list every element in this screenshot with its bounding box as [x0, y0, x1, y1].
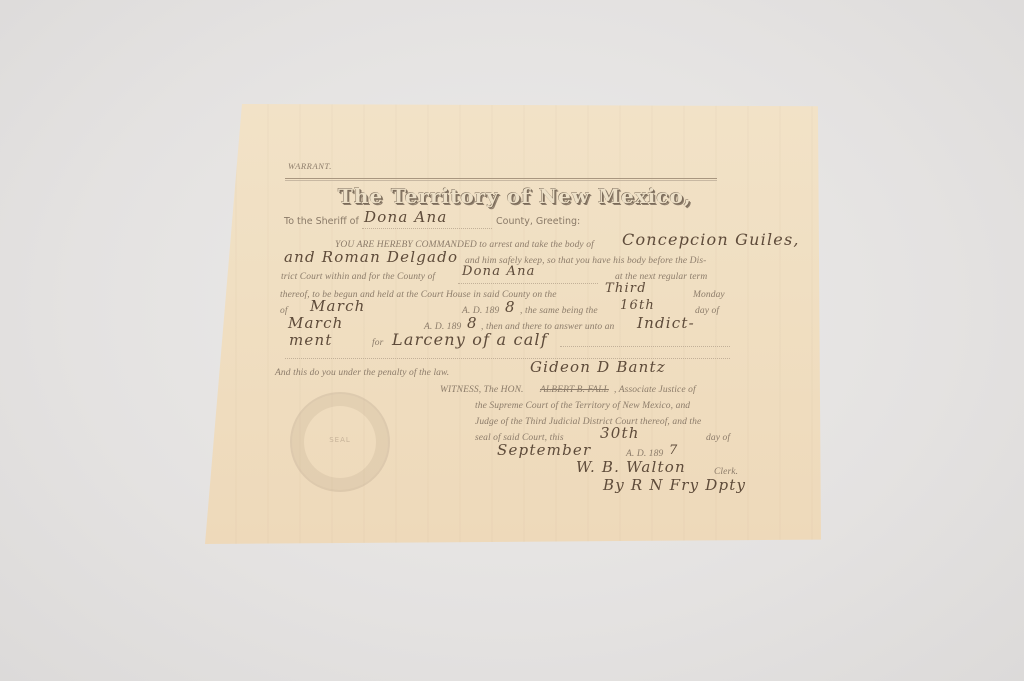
form-label: WARRANT.	[288, 161, 332, 171]
penalty-text: And this do you under the penalty of the…	[275, 368, 449, 378]
body-line-3a: trict Court within and for the County of	[281, 272, 435, 282]
struck-judge-name: ALBERT B. FALL	[540, 385, 609, 395]
handwritten-charge-1: Indict-	[637, 314, 695, 332]
witness-line-2: the Supreme Court of the Territory of Ne…	[475, 401, 690, 411]
handwritten-month-2: March	[288, 314, 344, 332]
greeting-prefix: To the Sheriff of	[284, 216, 359, 227]
witness-line-4b: day of	[706, 433, 730, 443]
witness-line-3: Judge of the Third Judicial District Cou…	[475, 417, 701, 427]
body-line-4b: Monday	[693, 290, 725, 300]
handwritten-seal-month: September	[497, 441, 591, 459]
handwritten-year-1: 8	[505, 298, 516, 316]
handwritten-county-2: Dona Ana	[462, 264, 536, 279]
witness-text-a: WITNESS, The HON.	[440, 385, 524, 395]
fill-line	[458, 283, 598, 284]
handwritten-county: Dona Ana	[364, 208, 447, 226]
handwritten-charge-3: Larceny of a calf	[392, 330, 548, 349]
handwritten-defendant-1: Concepcion Guiles,	[622, 230, 800, 249]
witness-text-b: , Associate Justice of	[614, 385, 696, 395]
seal-text: SEAL	[292, 436, 388, 444]
handwritten-seal-day: 30th	[600, 424, 640, 442]
fill-line	[560, 346, 730, 347]
handwritten-seal-year: 7	[669, 443, 678, 458]
body-line-5d: day of	[695, 306, 719, 316]
body-line-5a: of	[280, 306, 288, 316]
handwritten-defendant-2: and Roman Delgado	[284, 248, 458, 266]
court-seal-emboss: SEAL	[290, 392, 390, 492]
body-line-5c: , the same being the	[520, 306, 598, 316]
handwritten-day-1: 16th	[620, 298, 655, 313]
body-line-7: for	[372, 338, 383, 348]
document-title: The Territory of New Mexico,	[338, 184, 692, 208]
handwritten-month-1: March	[310, 297, 366, 315]
greeting-suffix: County, Greeting:	[496, 216, 580, 227]
clerk-signature: W. B. Walton	[576, 458, 686, 476]
fill-line	[362, 228, 492, 229]
deputy-signature: By R N Fry Dpty	[603, 476, 746, 494]
handwritten-week: Third	[605, 281, 647, 296]
header-rule	[285, 178, 717, 181]
handwritten-charge-2: ment	[289, 331, 333, 349]
judge-signature: Gideon D Bantz	[530, 358, 666, 376]
